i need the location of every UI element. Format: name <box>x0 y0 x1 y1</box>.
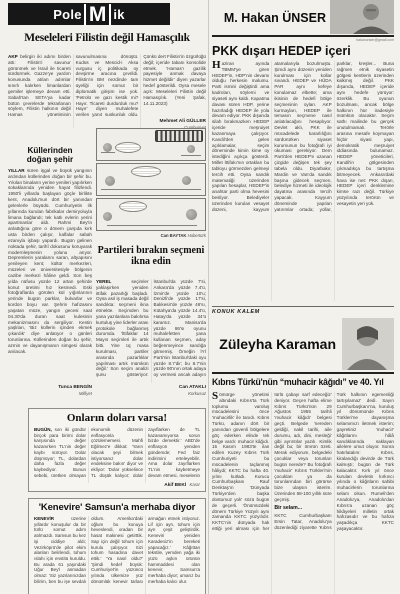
article-kibris-subhead: Bir selam... <box>274 505 331 512</box>
logo-letter-m: M <box>84 4 112 25</box>
speech-bubble <box>115 142 141 153</box>
article-dolar-box: Onların doları varsa! BUGÜN, son iki gün… <box>28 408 206 492</box>
article-partiler-body: YEREL seçimler yaklaşırken yeniden ittif… <box>96 279 206 383</box>
guest-column-label: KONUK KALEM <box>212 309 332 315</box>
article-partiler-text: seçimler yaklaşırken yeniden ittifak paz… <box>96 279 206 377</box>
article-partiler-headline: Partileri bırakın seçmeni ikna edin <box>96 245 206 267</box>
article-dolar-credit: Akif BEKİ Karar <box>164 482 200 489</box>
columnist-photo-karaman <box>342 318 394 370</box>
comic-title-lettering <box>155 130 203 142</box>
comic-character <box>187 145 195 153</box>
comic-sketch-line <box>107 225 197 226</box>
article-kenevir-text: üzerine yıllardır konuşulur da bir türlü… <box>34 516 200 584</box>
comic-panel <box>96 128 206 161</box>
article-hamas-text: belirgin iki adımı birden attı: Filistin… <box>8 54 206 117</box>
article-hamas-leadword: AKP <box>8 54 18 59</box>
credit-name: Can ATAKLI <box>179 385 206 390</box>
comic-artist: Can BAYTAK <box>161 233 187 238</box>
headline-line-1: Küllerinden <box>8 146 92 155</box>
comic-sketch-line <box>101 189 201 190</box>
article-sehir-headline: Küllerinden doğan şehir <box>8 146 92 165</box>
comic-character <box>105 176 115 186</box>
comic-character <box>186 209 197 220</box>
comic-sketch-line <box>101 152 115 153</box>
credit-source: Karar <box>189 482 200 487</box>
speech-bubble <box>119 201 147 212</box>
article-hamas-body: AKP belirgin iki adımı birden attı: Fili… <box>8 54 206 128</box>
columnist-photo-unser <box>330 0 394 34</box>
article-pkk-text: aziran ayında TBMM'ye giren HEDEP'in, HD… <box>212 61 394 212</box>
portrait-image <box>342 318 394 370</box>
article-kenevir-body: KENEVİR üzerine yıllardır konuşulur da b… <box>34 516 200 594</box>
article-dolar-headline: Onların doları varsa! <box>34 412 200 424</box>
credit-source: Korkusuz <box>96 391 206 396</box>
article-kenevir-headline: 'Kenevire' Samsun'a merhaba diyor <box>34 502 200 513</box>
comic-character <box>103 143 112 152</box>
article-partiler-leadword: YEREL <box>96 279 111 284</box>
columnist-name-unser: M. Hakan ÜNSER <box>212 11 326 25</box>
speech-bubble <box>131 166 161 177</box>
columnist-contact: hakanunser@gmail.com <box>212 38 394 42</box>
comic-panel <box>96 198 206 231</box>
logo-text-ik: ik <box>113 7 124 22</box>
header-rule <box>212 35 394 37</box>
article-kenevir-box: 'Kenevire' Samsun'a merhaba diyor KENEVİ… <box>28 498 206 594</box>
article-pkk-dropcap: H <box>212 61 222 70</box>
comic-source: Habertürk <box>188 233 206 238</box>
polemik-logo: Pole M ik <box>8 3 170 25</box>
article-sehir-leadword: YILLAR <box>8 168 25 173</box>
article-kenevir-leadword: KENEVİR <box>34 516 54 521</box>
comic-sketch-line <box>181 155 201 156</box>
article-sehir-credit: Tunca BENGİN Milliyet <box>8 385 92 396</box>
article-dolar-text: son iki gündür birçok para birimi dolar … <box>34 427 200 478</box>
comic-character <box>182 176 191 185</box>
portrait-image <box>330 0 394 34</box>
article-kibris-headline: Kıbrıs Türkü'nün “muhacir kâğıdı” ve 40.… <box>212 377 394 387</box>
credit-source: Milliyet <box>8 391 92 396</box>
logo-text-pole: Pole <box>53 7 82 22</box>
credit-name: Tunca BENGİN <box>58 385 92 390</box>
article-dolar-leadword: BUGÜN, <box>34 427 52 432</box>
article-sehir-body: YILLAR süren işgal ve büyük yangının ard… <box>8 168 92 382</box>
columnist-name-karaman: Züleyha Karaman <box>212 336 336 352</box>
article-sehir-text: süren işgal ve büyük yangının ardından k… <box>8 168 92 354</box>
article-partiler-credit: Can ATAKLI Korkusuz <box>96 385 206 396</box>
article-pkk-headline: PKK dışarı HEDEP içeri <box>212 44 394 58</box>
article-pkk-body: Haziran ayında TBMM'ye giren HEDEP'in, H… <box>212 61 394 301</box>
newspaper-page: Pole M ik Meseleleri Filistin değil Hama… <box>0 0 400 594</box>
comic-credit: Can BAYTAK Habertürk <box>96 233 206 238</box>
headline-line-2: doğan şehir <box>8 155 92 164</box>
credit-name: Akif BEKİ <box>164 483 186 488</box>
article-hamas-headline: Meseleleri Filistin değil Hamasçılık <box>8 32 206 44</box>
comic-character <box>103 212 112 221</box>
article-dolar-body: BUGÜN, son iki gündür birçok para birimi… <box>34 427 200 483</box>
article-kibris-body: Sömürge yönetimi altındaki Kıbrıs'ta Tür… <box>212 392 394 594</box>
credit-name: Mehmet Ali GÜLLER <box>160 119 206 124</box>
comic-strip: Can BAYTAK Habertürk <box>96 128 206 238</box>
guest-rule <box>212 372 394 374</box>
section-rule <box>212 306 394 307</box>
comic-panel <box>96 163 206 196</box>
column-divider <box>208 0 209 594</box>
